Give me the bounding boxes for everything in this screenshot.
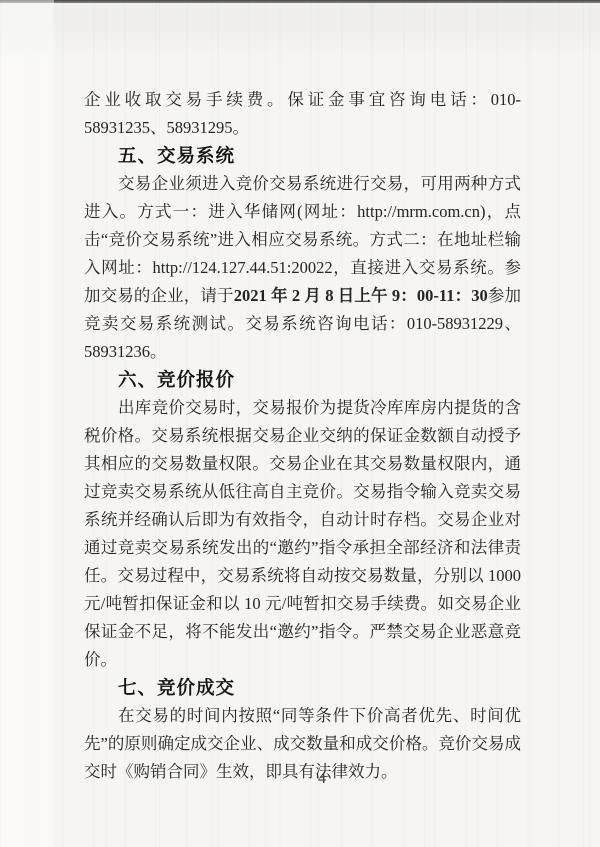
text-run: 企业收取交易手续费。保证金事宜咨询电话：010-58931235、5893129…	[84, 90, 521, 137]
bold-date-text: 2021 年 2 月 8 日上午 9：00-11：30	[234, 286, 488, 305]
page-number: 4	[0, 768, 600, 790]
scan-top-edge-artifact	[0, 0, 600, 3]
section-heading: 七、竞价成交	[84, 674, 521, 702]
text-run: 七、竞价成交	[118, 677, 235, 698]
scan-left-margin	[0, 0, 54, 847]
paragraph: 交易企业须进入竞价交易系统进行交易，可用两种方式进入。方式一：进入华储网(网址：…	[84, 170, 521, 366]
text-run: 出库竞价交易时，交易报价为提货冷库库房内提货的含税价格。交易系统根据交易企业交纳…	[84, 398, 521, 669]
text-run: 六、竞价报价	[118, 369, 235, 390]
section-heading: 五、交易系统	[84, 142, 521, 170]
text-run: 五、交易系统	[118, 145, 235, 166]
document-body: 企业收取交易手续费。保证金事宜咨询电话：010-58931235、5893129…	[84, 86, 521, 786]
section-heading: 六、竞价报价	[84, 366, 521, 394]
paragraph: 企业收取交易手续费。保证金事宜咨询电话：010-58931235、5893129…	[84, 86, 521, 142]
scanned-document-page: { "page": { "number": "4", "colors": { "…	[0, 0, 600, 847]
paragraph: 出库竞价交易时，交易报价为提货冷库库房内提货的含税价格。交易系统根据交易企业交纳…	[84, 394, 521, 674]
